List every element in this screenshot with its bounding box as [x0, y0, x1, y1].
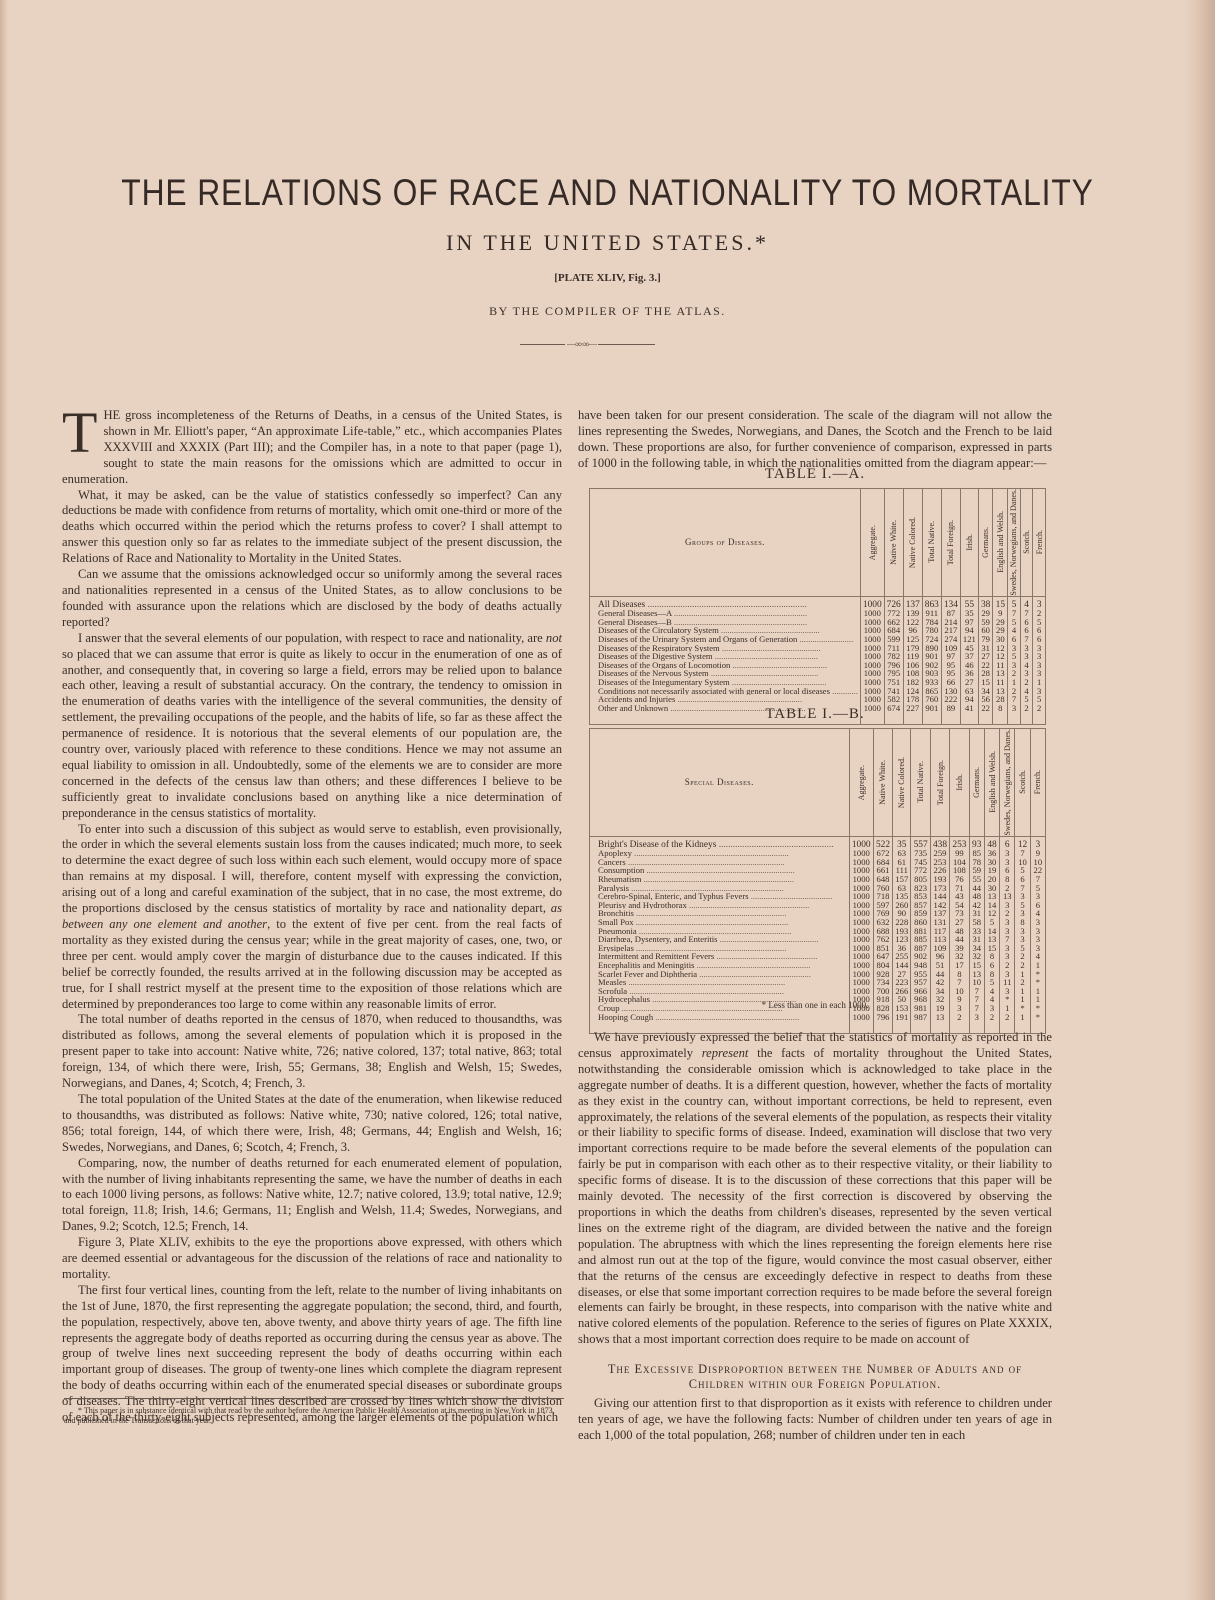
- page-title: THE RELATIONS OF RACE AND NATIONALITY TO…: [85, 172, 1130, 214]
- table-row: General Diseases—B .....................…: [590, 618, 1046, 627]
- row-label: Pneumonia ..............................…: [590, 927, 850, 936]
- table-a-title: TABLE I.—A.: [578, 466, 1052, 483]
- column-header: English and Welsh.: [984, 729, 999, 837]
- row-label: Scarlet Fever and Diphtheria ...........…: [590, 970, 850, 979]
- table-row: Diseases of the Respiratory System .....…: [590, 644, 1046, 653]
- row-label: Pleurisy and Hydrothorax ...............…: [590, 901, 850, 910]
- table-b-header-row: Special Diseases. Aggregate.Native White…: [590, 729, 1046, 837]
- paragraph-3: Can we assume that the omissions acknowl…: [62, 567, 562, 631]
- table-row: Conditions not necessarily associated wi…: [590, 687, 1046, 696]
- table-row: General Diseases—A .....................…: [590, 609, 1046, 618]
- right-column-top: have been taken for our present consider…: [578, 408, 1052, 472]
- column-header: Aggregate.: [860, 489, 884, 597]
- paragraph-9: Figure 3, Plate XLIV, exhibits to the ey…: [62, 1235, 562, 1283]
- paragraph-2: What, it may be asked, can be the value …: [62, 488, 562, 568]
- row-label: Measles ................................…: [590, 978, 850, 987]
- column-header: Native White.: [873, 729, 892, 837]
- row-label: Diseases of the Urinary System and Organ…: [590, 635, 861, 644]
- row-label: All Diseases ...........................…: [590, 596, 861, 609]
- page-subtitle: IN THE UNITED STATES.*: [0, 230, 1215, 256]
- ornament-flourish-icon: —∞◦∞—: [565, 339, 598, 349]
- table-a-group-header: Groups of Diseases.: [590, 489, 861, 597]
- table-a: Groups of Diseases. Aggregate.Native Whi…: [589, 488, 1046, 725]
- row-label: Bronchitis .............................…: [590, 909, 850, 918]
- row-label: Diseases of the Nervous System .........…: [590, 669, 861, 678]
- column-header: Irish.: [950, 729, 969, 837]
- paragraph-4: I answer that the several elements of ou…: [62, 631, 562, 822]
- row-label: Cancers ................................…: [590, 858, 850, 867]
- row-label: Cerebro-Spinal, Enteric, and Typhus Feve…: [590, 892, 850, 901]
- drop-cap: T: [62, 410, 97, 456]
- footnote-rule: [64, 1398, 564, 1399]
- column-header: English and Welsh.: [993, 489, 1008, 597]
- paragraph-5: To enter into such a discussion of this …: [62, 822, 562, 1013]
- paragraph-8: Comparing, now, the number of deaths ret…: [62, 1156, 562, 1236]
- table-b-group-header: Special Diseases.: [590, 729, 850, 837]
- row-label: Consumption ............................…: [590, 866, 850, 875]
- column-header: Native Colored.: [903, 489, 922, 597]
- column-header: Swedes, Norwegians, and Danes.: [1008, 489, 1021, 597]
- column-header: Native Colored.: [893, 729, 911, 837]
- column-header: Scotch.: [1020, 489, 1033, 597]
- table-row: Diseases of the Circulatory System .....…: [590, 626, 1046, 635]
- section-heading: The Excessive Disproportion between the …: [578, 1362, 1052, 1392]
- row-label: Bright's Disease of the Kidneys ........…: [590, 836, 850, 849]
- row-label: General Diseases—B .....................…: [590, 618, 861, 627]
- column-header: French.: [1030, 729, 1045, 837]
- table-row: Diseases of the Nervous System .........…: [590, 669, 1046, 678]
- table-row: All Diseases ...........................…: [590, 596, 1046, 609]
- column-header: Scotch.: [1015, 729, 1030, 837]
- footnote: * This paper is in substance identical w…: [64, 1406, 564, 1426]
- right-column-bottom: We have previously expressed the belief …: [578, 1030, 1052, 1444]
- row-label: Diseases of the Digestive System .......…: [590, 652, 861, 661]
- right-paragraph-3: Giving our attention first to that dispr…: [578, 1396, 1052, 1444]
- table-b-footnote: * Less than one in each 1000.: [578, 1000, 1052, 1010]
- right-paragraph-2: We have previously expressed the belief …: [578, 1030, 1052, 1348]
- column-header: Total Foreign.: [941, 489, 960, 597]
- paragraph-6: The total number of deaths reported in t…: [62, 1012, 562, 1092]
- table-row: Diseases of the Organs of Locomotion ...…: [590, 661, 1046, 670]
- row-label: Diarrhœa, Dysentery, and Enteritis .....…: [590, 935, 850, 944]
- row-label: Diseases of the Circulatory System .....…: [590, 626, 861, 635]
- row-label: Erysipelas .............................…: [590, 944, 850, 953]
- column-header: French.: [1033, 489, 1046, 597]
- table-row: Diseases of the Integumentary System ...…: [590, 678, 1046, 687]
- right-paragraph-1: have been taken for our present consider…: [578, 408, 1052, 472]
- row-label: Intermittent and Remittent Fevers ......…: [590, 952, 850, 961]
- row-label: Conditions not necessarily associated wi…: [590, 687, 861, 696]
- table-a-header-row: Groups of Diseases. Aggregate.Native Whi…: [590, 489, 1046, 597]
- column-header: Native White.: [884, 489, 903, 597]
- left-column: THE gross incompleteness of the Returns …: [62, 408, 562, 1426]
- column-header: Germans.: [978, 489, 993, 597]
- table-b: Special Diseases. Aggregate.Native White…: [589, 728, 1046, 1034]
- row-label: Accidents and Injuries .................…: [590, 695, 861, 704]
- paragraph-10: The first four vertical lines, counting …: [62, 1283, 562, 1426]
- paragraph-7: The total population of the United State…: [62, 1092, 562, 1156]
- row-label: Diseases of the Respiratory System .....…: [590, 644, 861, 653]
- row-label: Encephalitis and Meningitis ............…: [590, 961, 850, 970]
- table-row: Accidents and Injuries .................…: [590, 695, 1046, 704]
- ornament-divider: —∞◦∞—: [520, 344, 655, 347]
- byline: BY THE COMPILER OF THE ATLAS.: [0, 304, 1215, 319]
- row-label: Diseases of the Integumentary System ...…: [590, 678, 861, 687]
- table-row: Diseases of the Digestive System .......…: [590, 652, 1046, 661]
- row-label: Paralysis ..............................…: [590, 884, 850, 893]
- paragraph-1: THE gross incompleteness of the Returns …: [62, 408, 562, 488]
- column-header: Germans.: [969, 729, 984, 837]
- plate-reference: [PLATE XLIV, Fig. 3.]: [0, 272, 1215, 284]
- column-header: Total Native.: [911, 729, 930, 837]
- row-label: Apoplexy ...............................…: [590, 849, 850, 858]
- row-label: Diseases of the Organs of Locomotion ...…: [590, 661, 861, 670]
- row-label: Rheumatism .............................…: [590, 875, 850, 884]
- row-label: Small Pox ..............................…: [590, 918, 850, 927]
- table-row: Diseases of the Urinary System and Organ…: [590, 635, 1046, 644]
- table-b-title: TABLE I.—B.: [578, 706, 1052, 723]
- column-header: Swedes, Norwegians, and Danes.: [1000, 729, 1015, 837]
- column-header: Total Foreign.: [930, 729, 949, 837]
- row-label: General Diseases—A .....................…: [590, 609, 861, 618]
- column-header: Aggregate.: [849, 729, 873, 837]
- column-header: Irish.: [960, 489, 978, 597]
- column-header: Total Native.: [922, 489, 941, 597]
- row-label: Scrofula ...............................…: [590, 987, 850, 996]
